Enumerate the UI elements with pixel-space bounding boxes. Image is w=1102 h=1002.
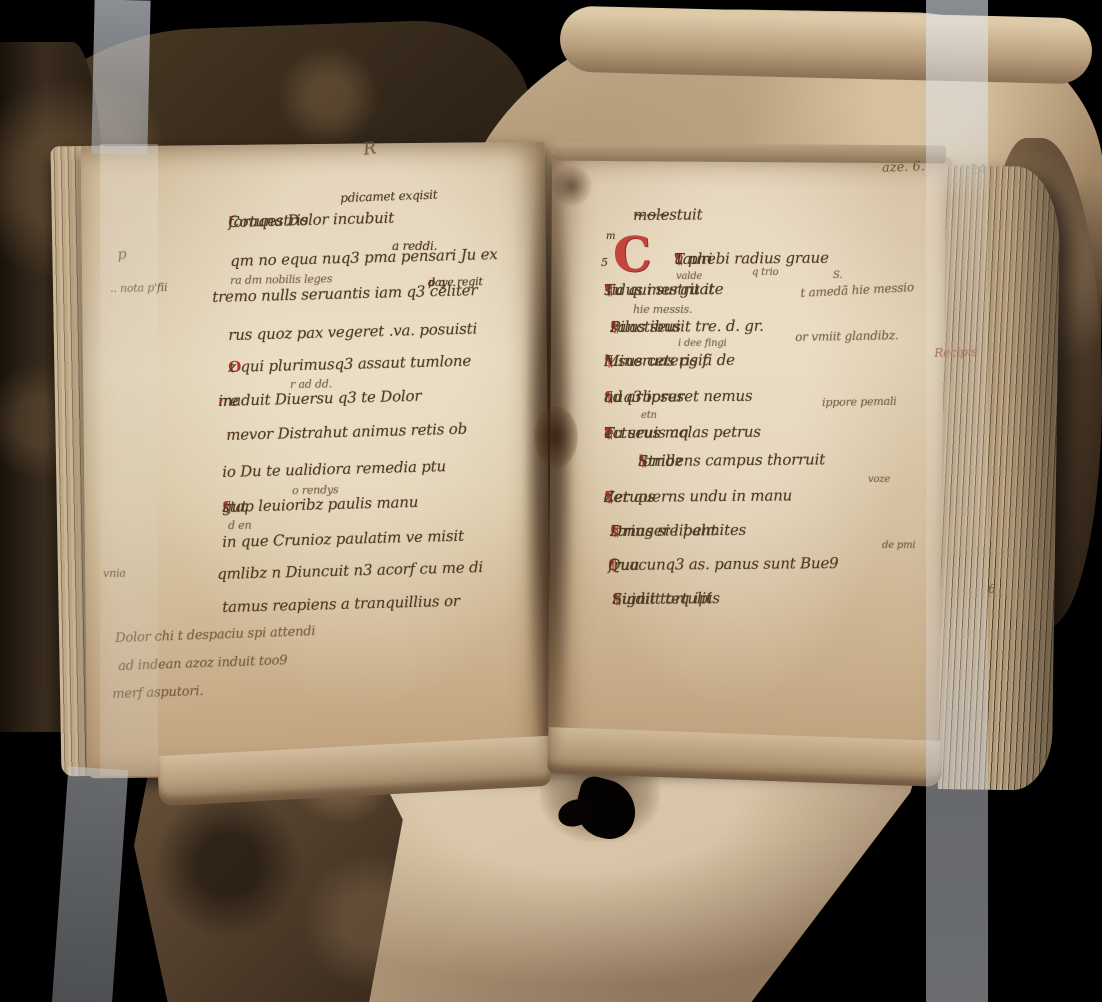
manuscript-text: i dee fingi (678, 338, 727, 349)
manuscript-text: qmlibz n Diuncuit n3 acorf cu me di (217, 558, 483, 583)
restraint-strap-left-top (91, 0, 150, 155)
manuscript-text: d en (228, 519, 252, 532)
manuscript-text: Stridens campus thorruit (638, 450, 825, 470)
manuscript-text: R (362, 138, 377, 160)
manuscript-text: Pilas seuiit tre. d. gr. (610, 317, 764, 336)
manuscript-text: z qui plurimusq3 assaut tumlone (228, 352, 471, 376)
manuscript-text: mevor Distrahut animus retis ob (226, 420, 467, 444)
manuscript-text: pdicamet exqisit (340, 188, 438, 205)
manuscript-text: or vmiit glandibz. (795, 328, 899, 344)
rubric-initial: C (612, 234, 652, 277)
manuscript-text: q trio (752, 267, 778, 278)
manuscript-text: ~~~ (633, 206, 670, 224)
restraint-strap-left-page (100, 144, 158, 776)
manuscript-text: stap leuioribz paulis manu (222, 493, 418, 516)
manuscript-text: etn (641, 410, 657, 421)
manuscript-text: hie messis. (633, 303, 692, 316)
manuscript-text: rus quoz pax vegeret .va. posuisti (228, 319, 477, 344)
manuscript-text: tamus reapiens a tranquillius or (222, 592, 460, 616)
manuscript-text: maduit Diuersu q3 te Dolor (218, 387, 422, 410)
folio-mark: aze. 6. (882, 159, 925, 175)
manuscript-text: qm no equa nuq3 pma pensari Ju ex (230, 245, 498, 270)
manuscript-text: 5 (601, 256, 608, 269)
restraint-strap-right (926, 0, 988, 1002)
manuscript-text: deruos (604, 488, 655, 506)
rubric-mark: · (218, 392, 224, 410)
manuscript-text: nuq3 ipsuret nemus (604, 387, 753, 406)
manuscript-text: Signiit teq ipis (612, 589, 720, 608)
manuscript-text: io Du te ualidiora remedia ptu (222, 457, 446, 481)
manuscript-photo: aze. 6. 24 Rppdicamet exqisitfortuna Dol… (0, 0, 1102, 1002)
manuscript-text: S. (833, 270, 842, 281)
manuscript-text: de pmi (882, 540, 915, 551)
manuscript-text: t amedã hie messio (800, 280, 914, 300)
manuscript-text: voze (868, 474, 890, 485)
manuscript-text: 6 (988, 582, 995, 596)
manuscript-text: in que Crunioz paulatim ve misit (222, 527, 464, 551)
manuscript-text: Tu seuis aq (604, 423, 688, 442)
manuscript-text: Tu qui surgit ite (604, 280, 723, 299)
rubric-mark: · (226, 426, 232, 444)
manuscript-text: Tauri (674, 250, 713, 268)
manuscript-text: Dmus si libent (610, 521, 717, 540)
manuscript-text: Mineruas pgit (604, 351, 709, 370)
manuscript-text: Conqestris (228, 211, 308, 231)
manuscript-text: Quacunq3 as. panus sunt Bue9 (608, 554, 839, 574)
manuscript-text: ippore pemali (822, 395, 897, 409)
